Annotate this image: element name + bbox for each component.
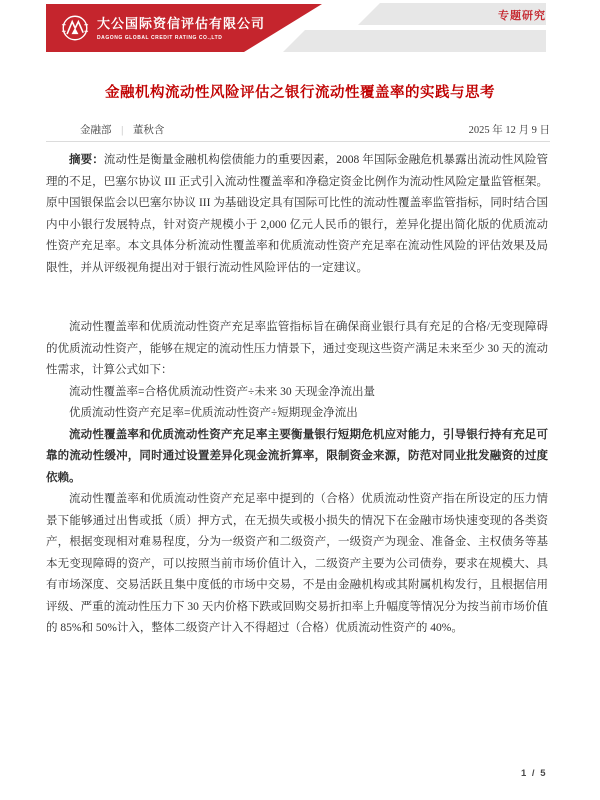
company-name-cn: 大公国际资信评估有限公司 [97,13,265,32]
header-stripe-bottom [283,30,546,52]
header-divider [46,141,550,142]
dagong-logo-icon [61,14,89,42]
publish-date: 2025 年 12 月 9 日 [469,122,550,137]
page-title: 金融机构流动性风险评估之银行流动性覆盖率的实践与思考 [0,81,600,102]
byline-separator: | [114,125,130,136]
author-name: 董秋含 [133,125,165,136]
company-name-en: DAGONG GLOBAL CREDIT RATING CO.,LTD [97,35,265,41]
abstract-label: 摘要： [69,154,104,166]
abstract-text: 流动性是衡量金融机构偿债能力的重要因素，2008 年国际金融危机暴露出流动性风险… [46,154,548,274]
paragraph-purpose-bold: 流动性覆盖率和优质流动性资产充足率主要衡量银行短期危机应对能力，引导银行持有充足… [46,425,548,490]
paragraph-asset-detail: 流动性覆盖率和优质流动性资产充足率中提到的（合格）优质流动性资产指在所设定的压力… [46,489,548,640]
brand-banner: 大公国际资信评估有限公司 DAGONG GLOBAL CREDIT RATING… [46,4,322,52]
department-label: 金融部 [80,125,112,136]
company-name-block: 大公国际资信评估有限公司 DAGONG GLOBAL CREDIT RATING… [97,13,265,41]
byline-author-group: 金融部 | 董秋含 [46,122,164,137]
report-page: 大公国际资信评估有限公司 DAGONG GLOBAL CREDIT RATING… [0,0,600,800]
document-body: 摘要：流动性是衡量金融机构偿债能力的重要因素，2008 年国际金融危机暴露出流动… [46,150,548,640]
formula-lcr: 流动性覆盖率=合格优质流动性资产÷未来 30 天现金净流出量 [46,382,548,404]
abstract-paragraph: 摘要：流动性是衡量金融机构偿债能力的重要因素，2008 年国际金融危机暴露出流动… [46,150,548,279]
formula-hqla: 优质流动性资产充足率=优质流动性资产÷短期现金净流出 [46,403,548,425]
paragraph-definition: 流动性覆盖率和优质流动性资产充足率监管指标旨在确保商业银行具有充足的合格/无变现… [46,317,548,382]
byline-row: 金融部 | 董秋含 2025 年 12 月 9 日 [46,122,550,138]
report-type-label: 专题研究 [498,7,546,23]
page-number: 1 / 5 [521,768,547,779]
